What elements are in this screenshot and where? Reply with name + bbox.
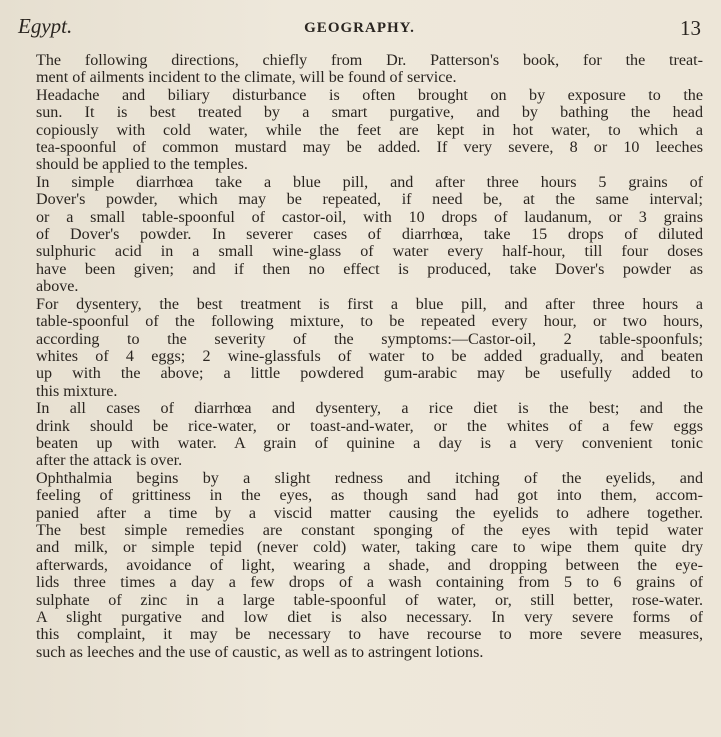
text-line: The best simple remedies are constant sp… [17,522,703,539]
text-line: sulphuric acid in a small wine-glass of … [17,243,703,260]
paragraph: In all cases of diarrhœa and dysentery, … [17,400,703,470]
paragraph: For dysentery, the best treatment is fir… [17,296,703,400]
text-line: feeling of grittiness in the eyes, as th… [17,487,703,504]
text-line: should be applied to the temples. [17,156,703,173]
text-line: such as leeches and the use of caustic, … [17,644,703,661]
text-line: after the attack is over. [17,452,703,469]
text-line: have been given; and if then no effect i… [17,261,703,278]
text-line: In all cases of diarrhœa and dysentery, … [17,400,703,417]
text-line: sun. It is best treated by a smart purga… [17,104,703,121]
text-line: A slight purgative and low diet is also … [17,609,703,626]
paragraph: Headache and biliary disturbance is ofte… [17,87,703,174]
text-line: whites of 4 eggs; 2 wine-glassfuls of wa… [17,348,703,365]
text-line: tea-spoonful of common mustard may be ad… [17,139,703,156]
text-line: The following directions, chiefly from D… [17,52,703,69]
page-number: 13 [680,16,701,41]
body-text: The following directions, chiefly from D… [17,52,703,661]
page-title: GEOGRAPHY. [18,20,701,37]
text-line: of Dover's powder. In severer cases of d… [17,226,703,243]
text-line: up with the above; a little powdered gum… [17,365,703,382]
text-line: beaten up with water. A grain of quinine… [17,435,703,452]
text-line: lids three times a day a few drops of a … [17,574,703,591]
text-line: above. [17,278,703,295]
text-line: In simple diarrhœa take a blue pill, and… [17,174,703,191]
text-line: ment of ailments incident to the climate… [17,69,703,86]
text-line: afterwards, avoidance of light, wearing … [17,557,703,574]
text-line: For dysentery, the best treatment is fir… [17,296,703,313]
text-line: Dover's powder, which may be repeated, i… [17,191,703,208]
text-line: table-spoonful of the following mixture,… [17,313,703,330]
text-line: Headache and biliary disturbance is ofte… [17,87,703,104]
text-line: this complaint, it may be necessary to h… [17,626,703,643]
text-line: drink should be rice-water, or toast-and… [17,418,703,435]
text-line: this mixture. [17,383,703,400]
paragraph: In simple diarrhœa take a blue pill, and… [17,174,703,296]
paragraph: The following directions, chiefly from D… [17,52,703,87]
text-line: panied after a time by a viscid matter c… [17,505,703,522]
text-line: copiously with cold water, while the fee… [17,122,703,139]
paragraph: Ophthalmia begins by a slight redness an… [17,470,703,661]
text-line: sulphate of zinc in a large table-spoonf… [17,592,703,609]
text-line: according to the severity of the symptom… [17,331,703,348]
book-page: Egypt. GEOGRAPHY. 13 The following direc… [0,0,721,737]
text-line: or a small table-spoonful of castor-oil,… [17,209,703,226]
text-line: Ophthalmia begins by a slight redness an… [17,470,703,487]
text-line: and milk, or simple tepid (never cold) w… [17,539,703,556]
running-header: Egypt. GEOGRAPHY. 13 [18,14,701,44]
